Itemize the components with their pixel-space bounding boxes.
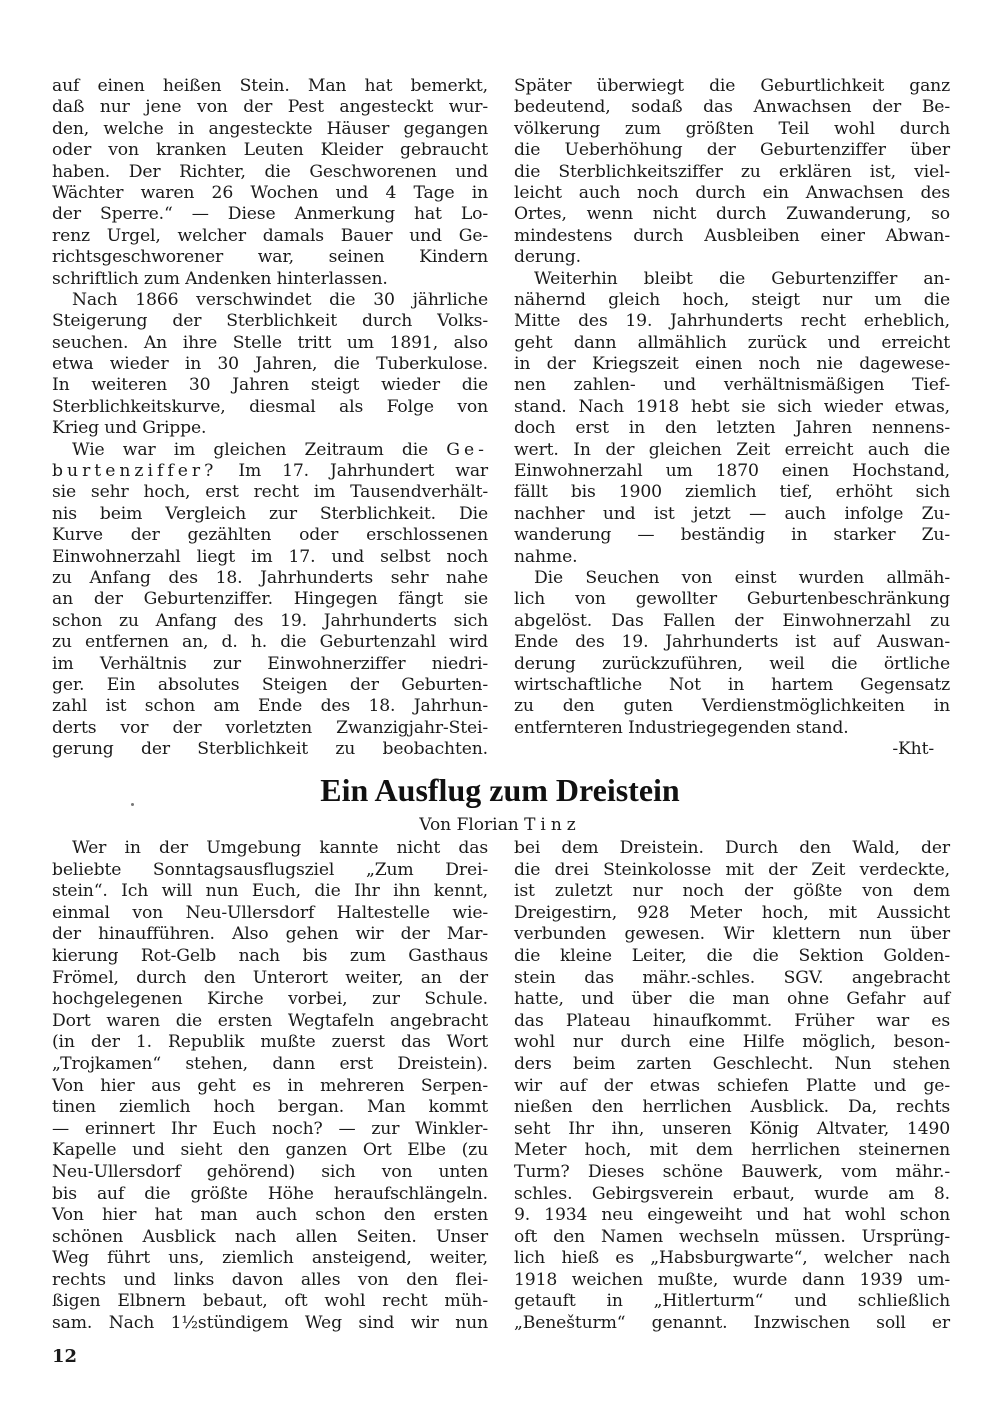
text-line: Dreigestirn, 928 Meter hoch, mit Aussich… — [514, 903, 950, 925]
text-line: sie sehr hoch, erst recht im Tausendverh… — [52, 482, 488, 503]
text-line: ist zuletzt nur noch der gößte von dem — [514, 881, 950, 903]
text-line: wert. In der gleichen Zeit erreicht auch… — [514, 440, 950, 461]
text-line: Weiterhin bleibt die Geburtenziffer an- — [514, 269, 950, 290]
text-line: richtsgeschworener war, seinen Kindern — [52, 247, 488, 268]
print-speck — [131, 803, 134, 806]
text-line: 1918 weichen mußte, wurde dann 1939 um- — [514, 1270, 950, 1292]
text-line: stand. Nach 1918 hebt sie sich wieder et… — [514, 397, 950, 418]
text-line: die Sterblichkeitsziffer zu erklären ist… — [514, 162, 950, 183]
text-line: Weg führt uns, ziemlich ansteigend, weit… — [52, 1248, 488, 1270]
text-line: zu Anfang des 18. Jahrhunderts sehr nahe — [52, 568, 488, 589]
text-line: Die Seuchen von einst wurden allmäh- — [514, 568, 950, 589]
text-line: im Verhältnis zur Einwohnerziffer niedri… — [52, 654, 488, 675]
text-line: hatte, und über die man ohne Gefahr auf — [514, 989, 950, 1011]
text-line: stein“. Ich will nun Euch, die Ihr ihn k… — [52, 881, 488, 903]
text-line: zu entfernen an, d. h. die Geburtenzahl … — [52, 632, 488, 653]
text-line: Steigerung der Sterblichkeit durch Volks… — [52, 311, 488, 332]
article2-left-column: Wer in der Umgebung kannte nicht dasbeli… — [52, 838, 488, 1335]
text-line: ger. Ein absolutes Steigen der Geburten- — [52, 675, 488, 696]
text-line: Wie war im gleichen Zeitraum die Ge- — [52, 440, 488, 461]
text-line: getauft in „Hitlerturm“ und schließlich — [514, 1291, 950, 1313]
text-line: lich von gewollter Geburtenbeschränkung — [514, 589, 950, 610]
text-line: — erinnert Ihr Euch noch? — zur Winkler- — [52, 1119, 488, 1141]
text-line: gerung der Sterblichkeit zu beobachten. — [52, 739, 488, 760]
text-line: Wer in der Umgebung kannte nicht das — [52, 838, 488, 860]
text-line: kierung Rot-Gelb nach bis zum Gasthaus — [52, 946, 488, 968]
text-line: bei dem Dreistein. Durch den Wald, der — [514, 838, 950, 860]
text-line: Krieg und Grippe. — [52, 418, 488, 439]
text-line: Später überwiegt die Geburtlichkeit ganz — [514, 76, 950, 97]
text-line: Turm? Dieses schöne Bauwerk, vom mähr.- — [514, 1162, 950, 1184]
text-line: das Plateau hinaufkommt. Früher war es — [514, 1011, 950, 1033]
text-line: Von hier hat man auch schon den ersten — [52, 1205, 488, 1227]
byline-prefix: Von Florian — [419, 815, 518, 835]
text-line: Einwohnerzahl liegt im 17. und selbst no… — [52, 547, 488, 568]
text-line: wirtschaftliche Not in hartem Gegensatz — [514, 675, 950, 696]
text-line: leicht auch noch durch ein Anwachsen des — [514, 183, 950, 204]
text-line: zahl ist schon am Ende des 18. Jahrhun- — [52, 696, 488, 717]
text-line: renz Urgel, welcher damals Bauer und Ge- — [52, 226, 488, 247]
text-line: haben. Der Richter, die Geschworenen und — [52, 162, 488, 183]
text-line: daß nur jene von der Pest angesteckt wur… — [52, 97, 488, 118]
text-line: oder von kranken Leuten Kleider gebrauch… — [52, 140, 488, 161]
text-line: ders beim zarten Geschlecht. Nun stehen — [514, 1054, 950, 1076]
text-line: Kurve der gezählten oder erschlossenen — [52, 525, 488, 546]
text-line: fällt bis 1900 ziemlich tief, erhöht sic… — [514, 482, 950, 503]
text-line: mindestens durch Ausbleiben einer Abwan- — [514, 226, 950, 247]
text-line: schriftlich zum Andenken hinterlassen. — [52, 269, 488, 290]
text-line: völkerung zum größten Teil wohl durch — [514, 119, 950, 140]
text-line: „Trojkamen“ stehen, dann erst Dreistein)… — [52, 1054, 488, 1076]
text-line: Meter hoch, mit dem herrlichen steinerne… — [514, 1140, 950, 1162]
article1-right-column: Später überwiegt die Geburtlichkeit ganz… — [514, 76, 950, 761]
text-line: beliebte Sonntagsausflugsziel „Zum Drei- — [52, 860, 488, 882]
text-line: geht dann allmählich zurück und erreicht — [514, 333, 950, 354]
text-line: Kapelle und sieht den ganzen Ort Elbe (z… — [52, 1140, 488, 1162]
text-line: doch erst in den letzten Jahren nennens- — [514, 418, 950, 439]
article-byline: Von Florian Tinz — [0, 814, 1000, 836]
text-line: nachher und ist jetzt — auch infolge Zu- — [514, 504, 950, 525]
text-line: an der Geburtenziffer. Hingegen fängt si… — [52, 589, 488, 610]
text-line: den, welche in angesteckte Häuser gegang… — [52, 119, 488, 140]
text-line: Dort waren die ersten Wegtafeln angebrac… — [52, 1011, 488, 1033]
text-line: wir auf der etwas schiefen Platte und ge… — [514, 1076, 950, 1098]
text-line: nen zahlen- und verhältnismäßigen Tief- — [514, 375, 950, 396]
text-line: abgelöst. Das Fallen der Einwohnerzahl z… — [514, 611, 950, 632]
text-line: derung. — [514, 247, 950, 268]
text-line: einmal von Neu-Ullersdorf Haltestelle wi… — [52, 903, 488, 925]
text-line: lich hieß es „Habsburgwarte“, welcher na… — [514, 1248, 950, 1270]
byline-author: Tinz — [524, 815, 581, 835]
text-line: hochgelegenen Kirche vorbei, zur Schule. — [52, 989, 488, 1011]
text-line: nis beim Vergleich zur Sterblichkeit. Di… — [52, 504, 488, 525]
text-line: auf einen heißen Stein. Man hat bemerkt, — [52, 76, 488, 97]
article2-right-column: bei dem Dreistein. Durch den Wald, derdi… — [514, 838, 950, 1335]
text-line: bedeutend, sodaß das Anwachsen der Be- — [514, 97, 950, 118]
article-signature: -Kht- — [514, 739, 950, 760]
article1-left-column: auf einen heißen Stein. Man hat bemerkt,… — [52, 76, 488, 761]
text-line: wohl nur durch eine Hilfe möglich, beson… — [514, 1032, 950, 1054]
text-line: derung zurückzuführen, weil die örtliche — [514, 654, 950, 675]
text-line: schon zu Anfang des 19. Jahrhunderts sic… — [52, 611, 488, 632]
text-line: schönen Ausblick nach allen Seiten. Unse… — [52, 1227, 488, 1249]
text-line: 9. 1934 neu eingeweiht und hat wohl scho… — [514, 1205, 950, 1227]
text-line: bis auf die größte Höhe heraufschlängeln… — [52, 1184, 488, 1206]
article-title: Ein Ausflug zum Dreistein — [0, 770, 1000, 810]
text-line: sam. Nach 1½stündigem Weg sind wir nun — [52, 1313, 488, 1335]
text-line: entfernteren Industriegegenden stand. — [514, 718, 950, 739]
text-line: tinen ziemlich hoch bergan. Man kommt — [52, 1097, 488, 1119]
text-line: (in der 1. Republik mußte zuerst das Wor… — [52, 1032, 488, 1054]
text-line: die Ueberhöhung der Geburtenziffer über — [514, 140, 950, 161]
text-line: Neu-Ullersdorf gehörend) sich von unten — [52, 1162, 488, 1184]
text-line: zu den guten Verdienstmöglichkeiten in — [514, 696, 950, 717]
text-line: burtenziffer? Im 17. Jahrhundert war — [52, 461, 488, 482]
text-line: in der Kriegszeit einen noch nie dagewes… — [514, 354, 950, 375]
text-line: nähernd gleich hoch, steigt nur um die — [514, 290, 950, 311]
text-line: derts vor der vorletzten Zwanzigjahr-Ste… — [52, 718, 488, 739]
text-line: die kleine Leiter, die die Sektion Golde… — [514, 946, 950, 968]
text-line: Nach 1866 verschwindet die 30 jährliche — [52, 290, 488, 311]
text-line: „Benešturm“ genannt. Inzwischen soll er — [514, 1313, 950, 1335]
page-number: 12 — [52, 1346, 77, 1368]
text-line: In weiteren 30 Jahren steigt wieder die — [52, 375, 488, 396]
text-line: stein das mähr.-schles. SGV. angebracht — [514, 968, 950, 990]
text-line: der hinaufführen. Also gehen wir der Mar… — [52, 924, 488, 946]
text-line: Mitte des 19. Jahrhunderts recht erhebli… — [514, 311, 950, 332]
text-line: schles. Gebirgsverein erbaut, wurde am 8… — [514, 1184, 950, 1206]
text-line: Ortes, wenn nicht durch Zuwanderung, so — [514, 204, 950, 225]
text-line: nießen den herrlichen Ausblick. Da, rech… — [514, 1097, 950, 1119]
text-line: nahme. — [514, 547, 950, 568]
text-line: rechts und links davon alles von den fle… — [52, 1270, 488, 1292]
text-line: Frömel, durch den Unterort weiter, an de… — [52, 968, 488, 990]
text-line: Wächter waren 26 Wochen und 4 Tage in — [52, 183, 488, 204]
text-line: Ende des 19. Jahrhunderts ist auf Auswan… — [514, 632, 950, 653]
text-line: etwa wieder in 30 Jahren, die Tuberkulos… — [52, 354, 488, 375]
text-line: verbunden gewesen. Wir klettern nun über — [514, 924, 950, 946]
text-line: seuchen. An ihre Stelle tritt um 1891, a… — [52, 333, 488, 354]
text-line: der Sperre.“ — Diese Anmerkung hat Lo- — [52, 204, 488, 225]
text-line: oft den Namen wechseln müssen. Ursprüng- — [514, 1227, 950, 1249]
text-line: wanderung — beständig in starker Zu- — [514, 525, 950, 546]
text-line: Einwohnerzahl um 1870 einen Hochstand, — [514, 461, 950, 482]
text-line: seht Ihr ihn, unseren König Altvater, 14… — [514, 1119, 950, 1141]
text-line: Sterblichkeitskurve, diesmal als Folge v… — [52, 397, 488, 418]
text-line: ßigen Elbnern bebaut, oft wohl recht müh… — [52, 1291, 488, 1313]
text-line: Von hier aus geht es in mehreren Serpen- — [52, 1076, 488, 1098]
text-line: die drei Steinkolosse mit der Zeit verde… — [514, 860, 950, 882]
